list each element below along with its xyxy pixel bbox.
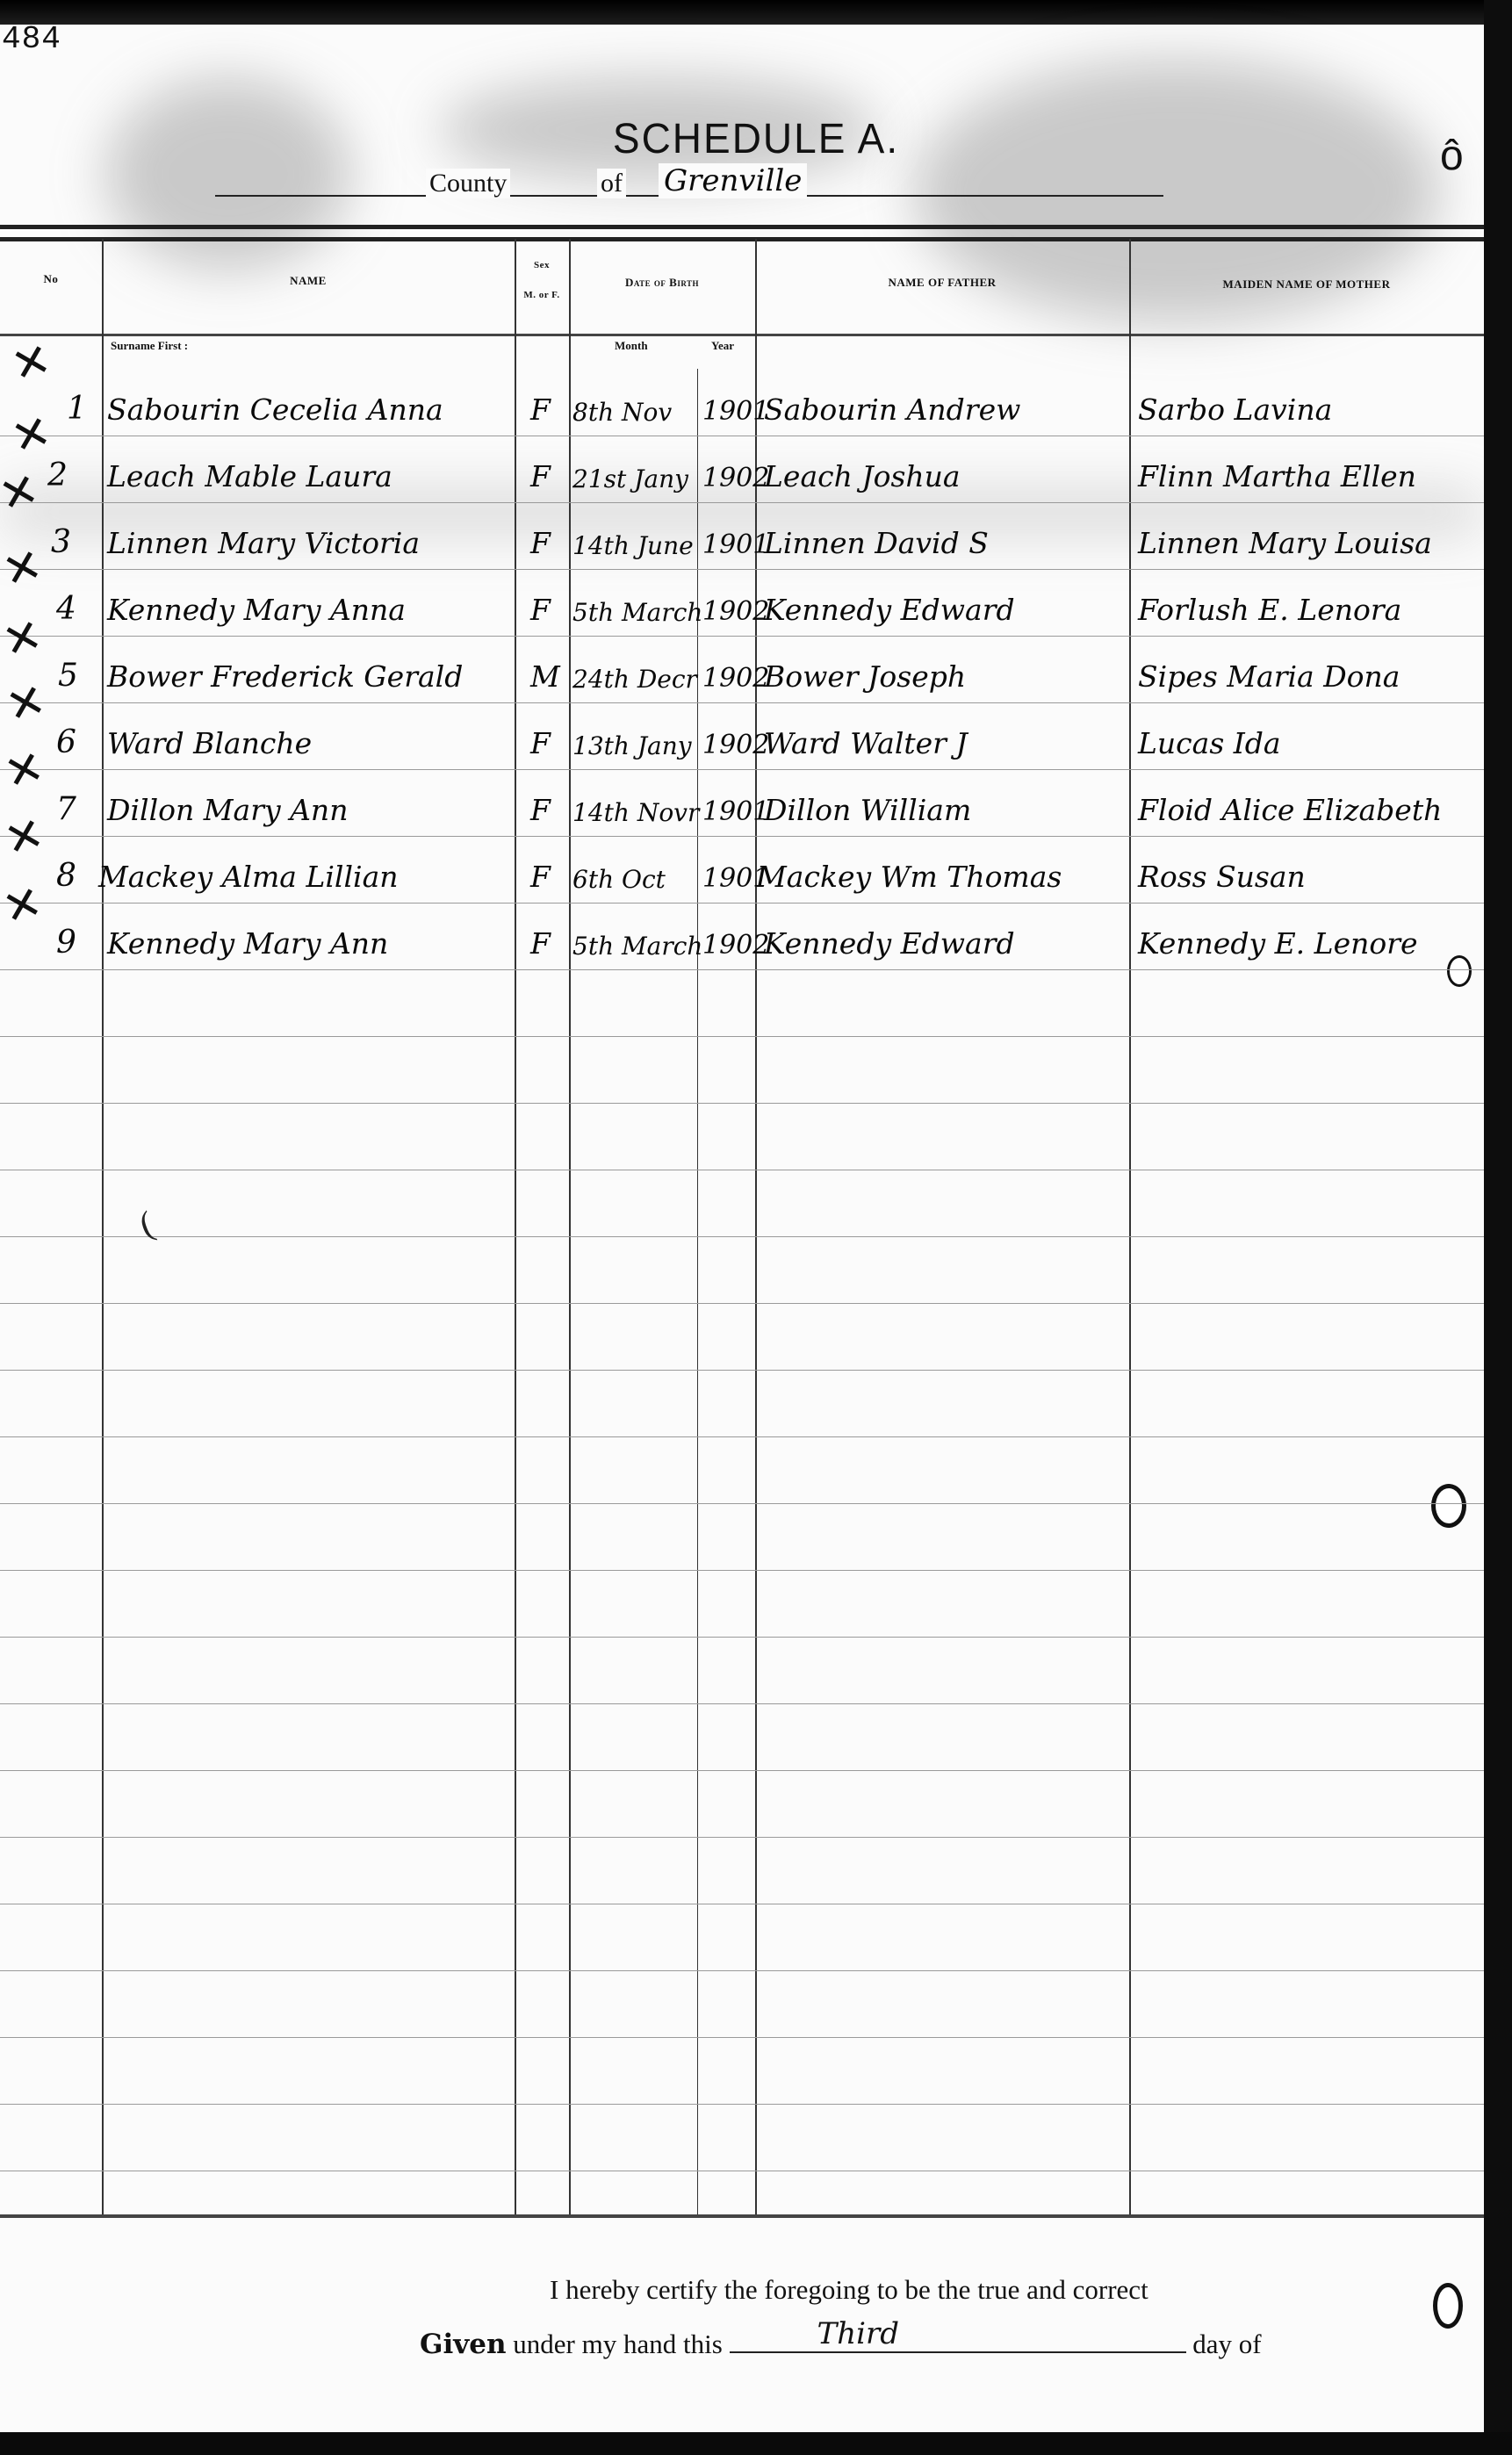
table-row: ✕ 6 Ward Blanche F 13th Jany 1902 Ward W…: [0, 702, 1484, 769]
birth-year: 1901: [702, 796, 769, 827]
row-number: 3: [51, 524, 71, 560]
birth-year: 1902: [702, 596, 769, 627]
row-line: [0, 1236, 1484, 1237]
given-text: under my hand this: [513, 2329, 723, 2359]
birth-year: 1902: [702, 730, 769, 760]
birth-month: 13th Jany: [572, 731, 692, 760]
row-line: [0, 2171, 1484, 2171]
hole-mark: ô: [1440, 132, 1464, 180]
father-name: Linnen David S: [764, 526, 989, 560]
mother-maiden-name: Sipes Maria Dona: [1138, 659, 1400, 694]
column-header-name: NAME: [102, 274, 515, 288]
table-row: ✕ 9 Kennedy Mary Ann F 5th March 1902 Ke…: [0, 903, 1484, 969]
table-row: ✕ 8 Mackey Alma Lillian F 6th Oct 1901 M…: [0, 836, 1484, 903]
sex: F: [530, 793, 551, 827]
father-name: Leach Joshua: [764, 459, 961, 493]
row-line: [0, 1170, 1484, 1170]
row-line: [0, 1103, 1484, 1104]
mother-maiden-name: Flinn Martha Ellen: [1138, 459, 1416, 493]
month-label: Month: [615, 339, 648, 353]
given-word: Given: [420, 2329, 507, 2360]
schedule-title: SCHEDULE A.: [0, 113, 1512, 163]
mother-maiden-name: Sarbo Lavina: [1138, 392, 1332, 427]
sex: F: [530, 860, 551, 894]
table-row: ✕ 7 Dillon Mary Ann F 14th Novr 1901 Dil…: [0, 769, 1484, 836]
row-line: [0, 2104, 1484, 2105]
mother-maiden-name: Forlush E. Lenora: [1138, 593, 1401, 627]
child-name: Kennedy Mary Ann: [107, 926, 388, 961]
punch-hole: [1431, 1484, 1466, 1528]
mother-maiden-name: Linnen Mary Louisa: [1138, 526, 1432, 560]
header-top-rule: [0, 225, 1484, 229]
father-name: Ward Walter J: [764, 726, 968, 760]
row-line: [0, 1303, 1484, 1304]
column-header-sex-mf: M. or F.: [515, 290, 569, 300]
scan-bottom-edge: [0, 2432, 1512, 2455]
sex: F: [530, 926, 551, 961]
father-name: Dillon William: [764, 793, 971, 827]
sex: M: [530, 659, 560, 694]
row-number: 4: [56, 591, 76, 627]
birth-year: 1901: [702, 396, 769, 427]
child-name: Sabourin Cecelia Anna: [107, 392, 443, 427]
birth-year: 1902: [702, 463, 769, 493]
row-number: 8: [56, 858, 76, 894]
row-line: [0, 1503, 1484, 1504]
birth-month: 6th Oct: [572, 865, 666, 894]
day-blank: Third: [730, 2325, 1186, 2353]
father-name: Sabourin Andrew: [764, 392, 1020, 427]
certification-line: I hereby certify the foregoing to be the…: [550, 2274, 1148, 2306]
birth-month: 14th Novr: [572, 798, 699, 827]
mother-maiden-name: Floid Alice Elizabeth: [1138, 793, 1442, 827]
sex: F: [530, 526, 551, 560]
scan-right-edge: [1484, 0, 1512, 2455]
of-label: of: [597, 169, 626, 198]
birth-month: 5th March: [572, 598, 702, 627]
county-label: County: [426, 169, 510, 198]
child-name: Leach Mable Laura: [107, 459, 392, 493]
county-line: County of Grenville: [215, 169, 1163, 204]
county-value: Grenville: [659, 163, 807, 198]
mother-maiden-name: Kennedy E. Lenore: [1138, 926, 1418, 961]
year-label: Year: [711, 339, 734, 353]
header-bottom-rule: [0, 334, 1484, 336]
row-line: [0, 1837, 1484, 1838]
sex: F: [530, 726, 551, 760]
sex: F: [530, 392, 551, 427]
mother-maiden-name: Ross Susan: [1138, 860, 1306, 894]
row-line: [0, 1637, 1484, 1638]
child-name: Dillon Mary Ann: [107, 793, 348, 827]
child-name: Mackey Alma Lillian: [98, 860, 399, 894]
table-row: ✕ 5 Bower Frederick Gerald M 24th Decr 1…: [0, 636, 1484, 702]
row-number: 2: [47, 457, 68, 493]
birth-year: 1902: [702, 663, 769, 694]
column-header-sex: Sex: [515, 260, 569, 270]
row-line: [0, 1770, 1484, 1771]
row-line: [0, 2037, 1484, 2038]
row-line: [0, 1904, 1484, 1904]
father-name: Bower Joseph: [764, 659, 966, 694]
column-header-father: NAME OF FATHER: [755, 276, 1129, 290]
birth-month: 14th June: [572, 531, 694, 560]
row-number: 7: [56, 791, 76, 827]
child-name: Kennedy Mary Anna: [107, 593, 406, 627]
table-row: ✕ 4 Kennedy Mary Anna F 5th March 1902 K…: [0, 569, 1484, 636]
row-number: 9: [56, 925, 76, 961]
row-line: [0, 1570, 1484, 1571]
birth-year: 1902: [702, 930, 769, 961]
birth-month: 5th March: [572, 932, 702, 961]
row-line: [0, 1370, 1484, 1371]
table-row: ✕ 1 Sabourin Cecelia Anna F 8th Nov 1901…: [0, 369, 1484, 436]
birth-year: 1901: [702, 529, 769, 560]
surname-first-label: Surname First :: [111, 339, 188, 353]
child-name: Ward Blanche: [107, 726, 312, 760]
father-name: Kennedy Edward: [764, 593, 1015, 627]
child-name: Linnen Mary Victoria: [107, 526, 420, 560]
row-line: [0, 1703, 1484, 1704]
row-number: 1: [67, 391, 87, 427]
child-name: Bower Frederick Gerald: [107, 659, 463, 694]
row-line: [0, 1436, 1484, 1437]
table-bottom-rule: [0, 2214, 1484, 2218]
row-number: 6: [56, 724, 76, 760]
row-number: 5: [58, 658, 78, 694]
header-top-rule: [0, 237, 1484, 241]
table-row: ✕ 3 Linnen Mary Victoria F 14th June 190…: [0, 502, 1484, 569]
column-header-mother: MAIDEN NAME OF MOTHER: [1129, 277, 1484, 292]
father-name: Kennedy Edward: [764, 926, 1015, 961]
sex: F: [530, 593, 551, 627]
page-number: 484: [2, 21, 61, 57]
column-header-no: No: [0, 272, 102, 286]
day-value: Third: [817, 2316, 899, 2351]
sex: F: [530, 459, 551, 493]
day-of-text: day of: [1192, 2329, 1261, 2359]
birth-month: 8th Nov: [572, 398, 672, 427]
row-line: [0, 1970, 1484, 1971]
row-line: [0, 969, 1484, 970]
row-line: [0, 1036, 1484, 1037]
punch-hole: [1433, 2283, 1463, 2329]
table-row: ✕ 2 Leach Mable Laura F 21st Jany 1902 L…: [0, 436, 1484, 502]
column-header-date-of-birth: Date of Birth: [569, 276, 755, 290]
father-name: Mackey Wm Thomas: [757, 860, 1062, 894]
birth-month: 21st Jany: [572, 464, 688, 493]
birth-month: 24th Decr: [572, 665, 697, 694]
given-line: Given under my hand this Third day of: [420, 2325, 1262, 2360]
mother-maiden-name: Lucas Ida: [1138, 726, 1281, 760]
